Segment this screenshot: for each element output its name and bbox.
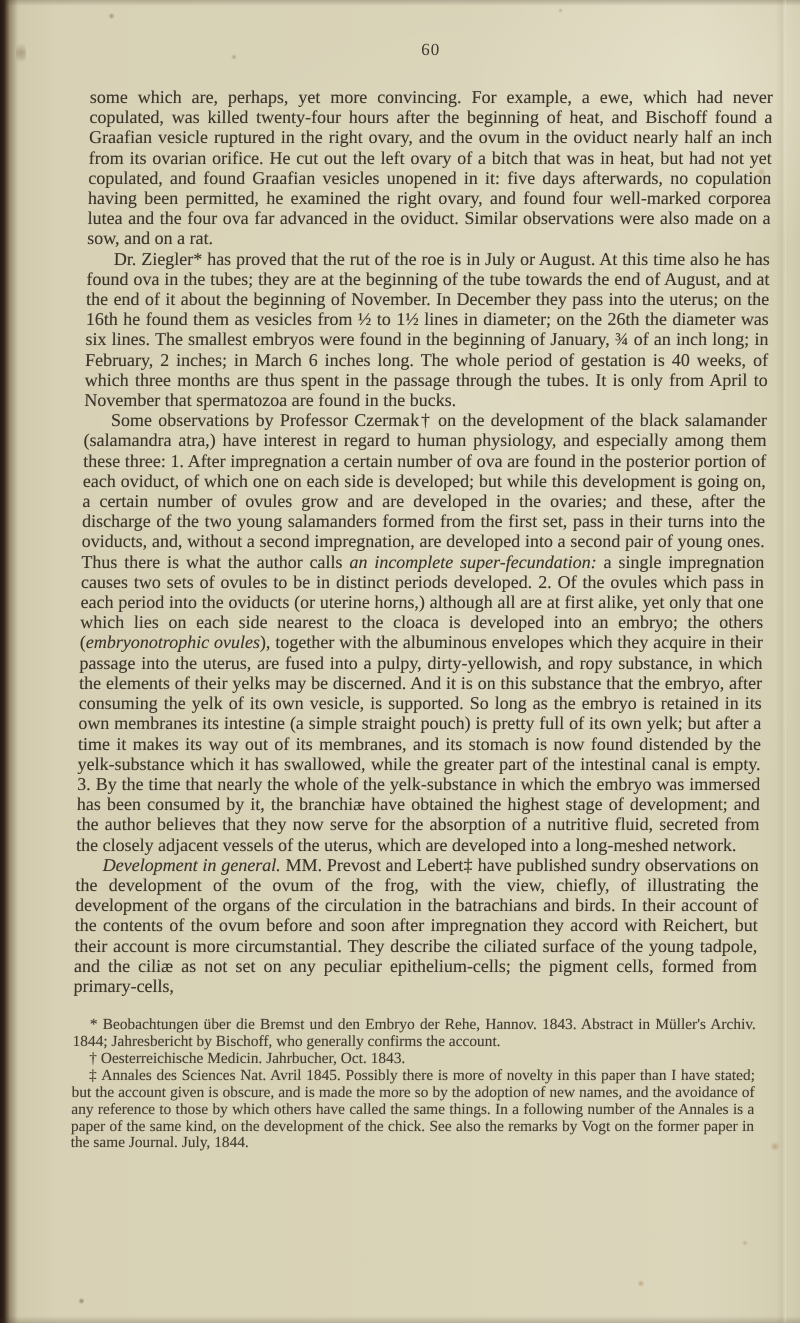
show-through-ghost: · · · · · · · · · · · ·	[540, 1228, 780, 1244]
text-segment: Dr. Ziegler* has proved that the rut of …	[84, 249, 770, 410]
book-page-scan: · · · · · · · · · · · · · · · · · · · · …	[0, 0, 800, 1323]
text-segment: some which are, perhaps, yet more convin…	[87, 87, 773, 248]
text-segment: ), together with the albuminous envelope…	[76, 632, 763, 854]
printed-content: 60 some which are, perhaps, yet more con…	[0, 0, 800, 1152]
paragraph: Dr. Ziegler* has proved that the rut of …	[84, 249, 770, 411]
footnotes: * Beobachtungen über die Bremst und den …	[71, 1017, 756, 1152]
footnote: † Oesterreichische Medicin. Jahrbucher, …	[72, 1051, 755, 1068]
paragraph: Development in general. MM. Prevost and …	[73, 855, 759, 996]
show-through-ghost: · · · · · · · · · · · ·	[300, 1256, 630, 1272]
italic-text-segment: an incomplete super-fecundation:	[349, 552, 597, 572]
footnote: * Beobachtungen über die Bremst und den …	[72, 1017, 756, 1051]
page-number: 60	[1, 40, 800, 60]
foxing-spot	[78, 1298, 85, 1304]
foxing-spot	[637, 1280, 645, 1287]
text-segment: Some observations by Professor Czermak† …	[81, 410, 767, 571]
page-bottom-edge-shadow	[0, 1316, 800, 1323]
paragraph: some which are, perhaps, yet more convin…	[87, 87, 773, 249]
italic-text-segment: embryonotrophic ovules	[86, 632, 261, 652]
paragraph: Some observations by Professor Czermak† …	[76, 410, 767, 854]
footnote: ‡ Annales des Sciences Nat. Avril 1845. …	[71, 1068, 756, 1153]
italic-text-segment: Development in general.	[103, 855, 281, 875]
text-segment: MM. Prevost and Lebert‡ have published s…	[73, 855, 759, 996]
foxing-spot	[742, 1240, 748, 1246]
body-text: some which are, perhaps, yet more convin…	[73, 87, 773, 996]
